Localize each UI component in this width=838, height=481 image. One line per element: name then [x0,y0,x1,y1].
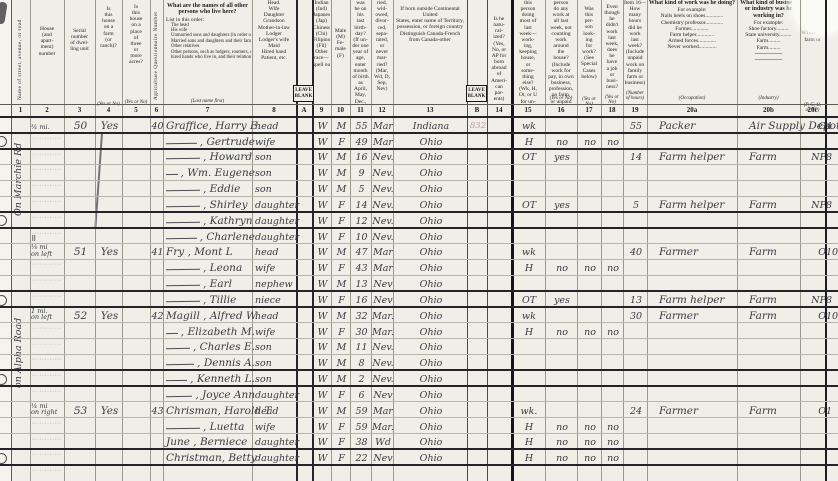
header-col-c12: ried,wid-owed,divor-ced,sepa-rated,ornev… [372,0,392,104]
cell-race: W [312,402,333,418]
col-number-6: 6 [150,106,163,114]
cell-relation: head [252,117,300,133]
cell-age-text: 55 [355,122,367,132]
cell-age-text: 38 [355,438,367,448]
cell-relation: daughter [252,386,300,402]
cell-race: W [312,164,333,180]
cell-doing-text: H [525,454,533,464]
street-name-annotation: on Alpha Road [13,284,24,388]
cell-name: , Gertrude [163,133,256,149]
cell-birthplace: Ohio [393,323,469,339]
cell-relation: nephew [252,275,300,291]
cell-hours: 5 [623,196,649,212]
cell-sex: M [331,117,352,133]
col-number-20c: 20c [800,106,825,114]
cell-occupation-text: Packer [659,121,695,132]
table-row: , Elizabeth M.wifeWF30Mar.OhioHnonono [0,323,838,339]
cell-age-text: 6 [358,391,364,401]
cell-name: Chrisman, Harold T [163,402,256,418]
header-line: farm or [801,37,824,43]
cell-farm-text: Yes [101,121,119,132]
cell-class: O [800,244,827,260]
cell-marital-text: Nev. [372,201,393,211]
cell-race: W [312,291,333,307]
cell-serial-text: 51 [74,247,87,258]
cell-race-text: W [318,153,328,163]
cell-name: , Luetta [163,418,256,434]
cell-relation-text: daughter [255,201,299,211]
header-col-c11: washe onhislastbirth-day?(If un-der oney… [351,0,370,104]
cell-industry-text: Farm [749,152,777,163]
cell-race-text: W [318,375,328,385]
cell-occupation-text: Farm helper [659,200,724,211]
cell-marital: Nev. [371,339,395,355]
cell-name-text: , Luetta [203,422,244,433]
cell-marital-text: Nev [373,296,392,306]
table-row: 1 mi. on left52Yes42Magill , Alfred W.he… [0,307,838,323]
cell-relation: wife [252,259,300,275]
table-row: , EddiesonWM5Nev.Ohio [0,180,838,196]
header-col-c20b: What kind of business or industry was he… [738,0,799,104]
cell-looking-text: no [584,454,596,464]
cell-relation-text: wife [255,138,275,148]
header-col-c13: If born outside Continental UnitedStates… [394,0,466,110]
cell-birthplace: Ohio [393,149,469,165]
cell-name-text: Magill , Alfred W. [166,311,258,322]
cell-doing-text: OT [522,296,536,306]
cell-name-text: , Dennis A. [197,358,255,369]
cell-race-text: W [318,312,328,322]
cell-sex-text: F [338,201,345,211]
ditto-dash [166,348,190,349]
column-divider [737,0,738,481]
cell-age: 43 [350,259,373,275]
cell-birthplace: Ohio [393,339,469,355]
cell-race: W [312,323,333,339]
sample-line-rule [0,306,838,308]
cell-name: , Leona [163,259,256,275]
cell-occupation-text: Farmer [659,247,698,258]
cell-marital-text: Mar. [372,312,394,322]
cell-age: 16 [350,149,373,165]
cell-looking: no [577,133,603,149]
cell-doing: H [511,434,547,450]
row-rule [0,401,838,402]
cell-birthplace: Ohio [393,196,469,212]
header-col-c18: Eventhoughhedidn'tworklastweek,doeshehav… [602,0,622,108]
cell-marital-text: Mar [373,264,393,274]
cell-age: 10 [350,228,373,244]
cell-worked-text: no [556,454,568,464]
cell-race-text: W [318,343,328,353]
cell-house-dotted [30,196,66,212]
ditto-dash [166,380,187,381]
cell-age-text: 14 [355,201,367,211]
table-row: , Dennis A.sonWM8Nev.Ohio [0,354,838,370]
header-line: work on [624,62,646,68]
cell-sex: F [331,434,352,450]
cell-looking: no [577,449,603,465]
cell-doing: OT [511,149,547,165]
cell-farm-text: Yes [101,406,119,417]
cell-relation: niece [252,291,300,307]
cell-sex: F [331,196,352,212]
cell-house-dotted [30,418,66,434]
col-number-17: 17 [577,106,601,114]
cell-race: W [312,449,333,465]
cell-marital: Nev. [371,149,395,165]
cell-birthplace-text: Ohio [420,248,443,258]
cell-serial: 50 [64,117,97,133]
cell-race-text: W [318,201,328,211]
cell-birthplace-text: Ohio [420,328,443,338]
col-number-4: 4 [95,106,122,114]
cell-relation: head [252,244,300,260]
cell-age: 30 [350,323,373,339]
cell-industry-text: Farm [749,406,777,417]
cell-worked-text: no [556,138,568,148]
col-number-1: 1 [11,106,30,114]
cell-relation-text: son [255,375,272,385]
cell-sex: F [331,449,352,465]
header-line: Patient, etc. [253,55,295,61]
header-col-c17: Wasthisper-sonlook-ingforwork?(SeeSpecia… [578,0,600,110]
cell-relation-text: nephew [255,280,293,290]
cell-age-text: 16 [355,296,367,306]
cell-race-text: W [318,233,328,243]
cell-race-text: W [318,359,328,369]
cell-sex-text: F [338,438,345,448]
cell-looking: no [577,323,603,339]
cell-relation: daughter [252,212,300,228]
cell-sex-text: M [337,153,347,163]
cell-marital-text: Nev. [372,185,393,195]
column-divider [350,0,351,481]
cell-occupation: Farmer [647,307,750,323]
cell-sex-text: M [337,248,347,258]
header-line: Nev) [372,86,392,92]
cell-race: W [312,370,333,386]
cell-relation: daughter [252,434,300,450]
cell-relation-text: son [255,343,272,353]
cell-occupation: Farm helper [647,196,750,212]
cell-relation-text: son [255,153,272,163]
table-row: ¼ mi on right53Yes43Chrisman, Harold The… [0,402,838,418]
col-number-11: 11 [350,106,371,114]
cell-sex: F [331,133,352,149]
ditto-dash [166,285,200,287]
cell-doing-text: wk [522,122,536,132]
cell-relation: head [252,402,300,418]
cell-race: W [312,149,333,165]
col-number-20b: 20b [737,106,800,114]
cell-relation: son [252,354,300,370]
cell-worked-text: no [556,423,568,433]
cell-marital: Mar. [371,323,395,339]
table-row: , KathryndaughterWF12Nev.Ohio [0,212,838,228]
cell-marital: Mar. [371,307,395,323]
cell-sex: F [331,228,352,244]
table-row: , ShirleydaughterWF14Nev.OhioOTyes5Farm … [0,196,838,212]
header-line: Never worked............. [648,44,736,50]
cell-race-text: W [318,280,328,290]
cell-relation: wife [252,418,300,434]
cell-doing: H [511,418,547,434]
cell-occupation: Packer [647,117,750,133]
cell-sex-text: M [337,312,347,322]
cell-agri-text: 40 [151,122,163,132]
cell-name: , Charlene [163,228,256,244]
header-col-c19-footnote: (Number of hours) [624,91,646,102]
header-col-c6-vertical-label: Agriculture Questionnaire Number [153,4,159,100]
column-divider [825,0,827,481]
header-line: race— [313,55,330,61]
cell-relation: daughter [252,228,300,244]
cell-stamp: 832 [467,117,489,133]
cell-edge-text: 10 [826,248,838,258]
header-col-c19: Item 16—Howmanyhoursdid heworklastweek?(… [624,0,646,104]
cell-farm-text: Yes [101,247,119,258]
cell-sex: M [331,370,352,386]
header-col-c9: Indian(Ind)Japanese(Jap)Chinese(Chi)Fili… [313,0,330,104]
cell-occupation: Farmer [647,402,750,418]
header-line: spell out [313,62,330,68]
ditto-dash [166,396,192,397]
cell-house-dotted [30,259,66,275]
cell-age-text: 10 [355,233,367,243]
header-col-c7-title: What are the names of all other persons … [164,3,251,16]
cell-birthplace: Ohio [393,275,469,291]
leave-blank-box: LEAVE BLANK [293,85,314,102]
cell-doing: H [511,133,547,149]
cell-hours-text: 55 [630,122,642,132]
cell-race-text: W [318,217,328,227]
cell-job: no [601,418,625,434]
table-row: , TillienieceWF16NevOhioOTyes13Farm help… [0,291,838,307]
cell-name-text: , Leona [203,263,242,274]
cell-worked: yes [545,149,579,165]
cell-worked: no [545,449,579,465]
column-divider [577,0,578,481]
cell-age: 14 [350,196,373,212]
table-row: , EarlnephewWM13NevOhio [0,275,838,291]
column-divider [331,0,332,481]
column-divider [647,0,648,481]
cell-relation-text: wife [255,328,275,338]
cell-birthplace: Ohio [393,386,469,402]
cell-name: , Earl [163,275,256,291]
cell-looking: no [577,418,603,434]
cell-hours: 24 [623,402,649,418]
cell-race: W [312,228,333,244]
cell-birthplace: Ohio [393,449,469,465]
cell-house-text: ¼ mi on right [31,403,57,416]
cell-marital: Nev. [371,370,395,386]
row-rule [0,275,838,276]
cell-house-dotted [30,323,66,339]
cell-age-text: 16 [355,153,367,163]
cell-marital: Nev [371,275,395,291]
cell-doing-text: wk. [521,407,538,417]
column-divider [393,0,394,481]
row-rule [0,164,838,165]
cell-relation-text: daughter [255,454,299,464]
cell-worked: yes [545,291,579,307]
cell-hours-text: 24 [630,407,642,417]
row-rule [0,180,838,181]
cell-job-text: no [607,454,619,464]
header-line: ─────── [738,57,799,63]
table-row: , CharlenedaughterWF10Nev.Ohio [0,228,838,244]
cell-age-text: 49 [355,138,367,148]
cell-marital-text: Nev. [372,233,393,243]
ditto-dash [166,427,200,429]
cell-age: 49 [350,133,373,149]
cell-birthplace-text: Ohio [420,423,443,433]
cell-doing: wk [511,117,547,133]
cell-age: 22 [350,449,373,465]
cell-occupation-text: Farm helper [659,295,724,306]
cell-class: O [800,402,827,418]
cell-house-dotted [30,434,66,450]
cell-industry-text: Farm [749,311,777,322]
col-number-9: 9 [312,106,331,114]
cell-birthplace: Ohio [393,434,469,450]
header-line: hired hands who live in, and their relat… [164,55,251,60]
header-col-c8: Head.WifeDaughterGrandsonMother-in-lawLo… [253,0,295,104]
header-line: number [31,51,63,57]
sample-line-rule [0,448,838,450]
header-line: If born outside Continental United [394,6,466,18]
cell-marital: Nev [371,291,395,307]
cell-marital-text: Nev. [372,359,393,369]
cell-worked-text: no [556,264,568,274]
column-divider [95,0,96,481]
column-divider [487,0,488,481]
cell-sex-text: F [338,454,345,464]
cell-house-dotted [30,386,66,402]
header-line: Distinguish Canada-French [394,31,466,37]
header-col-c7: What are the names of all other persons … [164,0,251,107]
cell-birthplace-text: Ohio [420,280,443,290]
cell-farm: Yes [95,402,124,418]
cell-marital-text: Mar [373,122,393,132]
col-number-13: 13 [393,106,467,114]
cell-name-text: June , Berniece [166,437,247,448]
cell-race: W [312,180,333,196]
cell-age-text: 22 [355,454,367,464]
header-col-c20b-title: What kind of business or industry was he… [738,0,799,19]
cell-age-text: 11 [355,343,367,353]
cell-age: 6 [350,386,373,402]
cell-age: 38 [350,434,373,450]
cell-looking-text: no [584,438,596,448]
cell-sex: M [331,339,352,355]
sample-line-rule [0,211,838,213]
cell-relation-text: daughter [255,438,299,448]
row-rule [0,322,838,323]
cell-occupation: Farmer [647,244,750,260]
cell-looking-text: no [584,264,596,274]
header-line: acres? [123,59,149,65]
cell-relation: son [252,149,300,165]
cell-name-text: Fry , Mont L [166,247,233,258]
cell-occupation: Farm helper [647,291,750,307]
cell-relation: son [252,339,300,355]
column-divider [64,0,65,481]
cell-sex-text: M [337,343,347,353]
cell-marital: Nev. [371,354,395,370]
cell-relation: son [252,164,300,180]
cell-hours: 13 [623,291,649,307]
cell-sex: F [331,386,352,402]
cell-edge-text: 10 [826,312,838,322]
cell-relation-text: head [255,248,279,258]
cell-marital: Nev [371,386,395,402]
cell-birthplace: Indiana [393,117,469,133]
column-divider [545,0,546,481]
cell-race: W [312,307,333,323]
cell-doing-text: H [525,264,533,274]
table-row: , Kenneth L.sonWM2Nev.Ohio [0,370,838,386]
cell-marital: Wd [371,434,395,450]
header-col-c1-vertical-label: Name of street, avenue, or road [17,4,23,100]
cell-farm-text: Yes [101,311,119,322]
ditto-dash [166,206,200,208]
cell-house-dotted [30,354,66,370]
cell-birthplace-text: Ohio [420,138,443,148]
cell-sex-text: M [337,407,347,417]
cell-serial: 53 [64,402,97,418]
table-row [0,465,838,481]
cell-house: ¾ mi. [30,117,66,133]
cell-doing: OT [511,196,547,212]
cell-sex: M [331,244,352,260]
cell-name: , Howard [163,149,256,165]
cell-name-text: , Howard [203,152,252,163]
table-row: , LuettawifeWF59Mar.OhioHnonono [0,418,838,434]
cell-birthplace: Ohio [393,291,469,307]
sample-line-rule [0,369,838,371]
ditto-dash [166,269,200,271]
cell-birthplace-text: Ohio [420,185,443,195]
cell-age: 2 [350,370,373,386]
cell-job-text: no [607,264,619,274]
cell-sex-text: F [338,233,345,243]
cell-hours-text: 40 [630,248,642,258]
cell-marital-text: Mar. [372,328,394,338]
cell-sex: M [331,354,352,370]
cell-serial: 51 [64,244,97,260]
table-row: , LeonawifeWF43MarOhioHnonono [0,259,838,275]
cell-sex: M [331,180,352,196]
cell-hours-text: 14 [630,153,642,163]
header-line: possession, or foreign country [394,24,466,30]
header-line: Ameri- [488,78,510,84]
cell-house-dotted [30,370,66,386]
cell-birthplace-text: Ohio [420,343,443,353]
header-line: business) [624,80,646,86]
cell-job-text: no [607,138,619,148]
header-line: Special [578,61,600,67]
cell-house: ¼ mi on right [30,402,66,418]
cell-class: G [800,117,827,133]
cell-worked: no [545,259,579,275]
cell-looking-text: no [584,423,596,433]
cell-name-text: Graffice, Harry E. [166,121,261,132]
cell-birthplace-text: Ohio [420,296,443,306]
cell-hours-text: 5 [633,201,639,211]
